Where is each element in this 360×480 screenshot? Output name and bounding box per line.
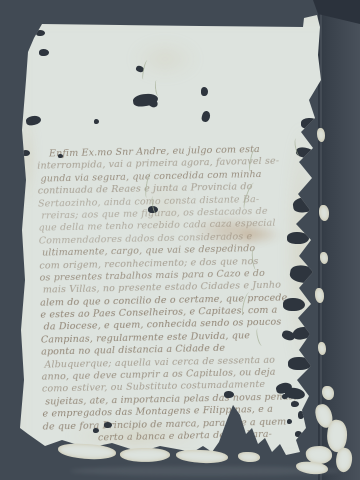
- edge-notch: [36, 30, 45, 36]
- hole: [287, 419, 292, 424]
- paper-fragment: [318, 342, 326, 355]
- paper-fragment: [315, 288, 324, 303]
- hole: [104, 422, 112, 428]
- edge-tear: [283, 298, 305, 311]
- hole: [291, 401, 299, 407]
- paper-fragment: [176, 450, 228, 464]
- hole: [295, 431, 302, 437]
- paper-fragment: [58, 443, 116, 460]
- hole: [25, 115, 41, 126]
- edge-tear: [301, 118, 319, 129]
- paper-fragment: [322, 386, 334, 400]
- paper-fragment: [317, 128, 325, 142]
- mold-mark: [154, 80, 161, 97]
- edge-tear: [287, 232, 309, 244]
- hole: [282, 394, 288, 399]
- paper-fragment: [319, 205, 329, 221]
- stain: [18, 95, 38, 225]
- ink-blot: [201, 87, 208, 96]
- paper-fragment: [238, 452, 260, 462]
- edge-tear: [288, 357, 312, 370]
- hole: [224, 391, 234, 398]
- ink-blot: [201, 110, 212, 123]
- hole: [22, 150, 30, 156]
- manuscript-page: Enfim Ex.mo Snr Andre, eu julgo com esta…: [0, 0, 360, 480]
- handwritten-line: certo a banca e aberta desta. Para-: [98, 428, 293, 444]
- photograph-of-manuscript: Enfim Ex.mo Snr Andre, eu julgo com esta…: [0, 0, 360, 480]
- edge-notch: [39, 49, 49, 56]
- stain: [120, 36, 210, 82]
- paper-fragment: [320, 252, 328, 264]
- hole: [298, 411, 304, 419]
- hole: [94, 119, 99, 124]
- hole: [58, 154, 63, 158]
- hole: [93, 428, 99, 433]
- paper-fragment: [120, 447, 170, 463]
